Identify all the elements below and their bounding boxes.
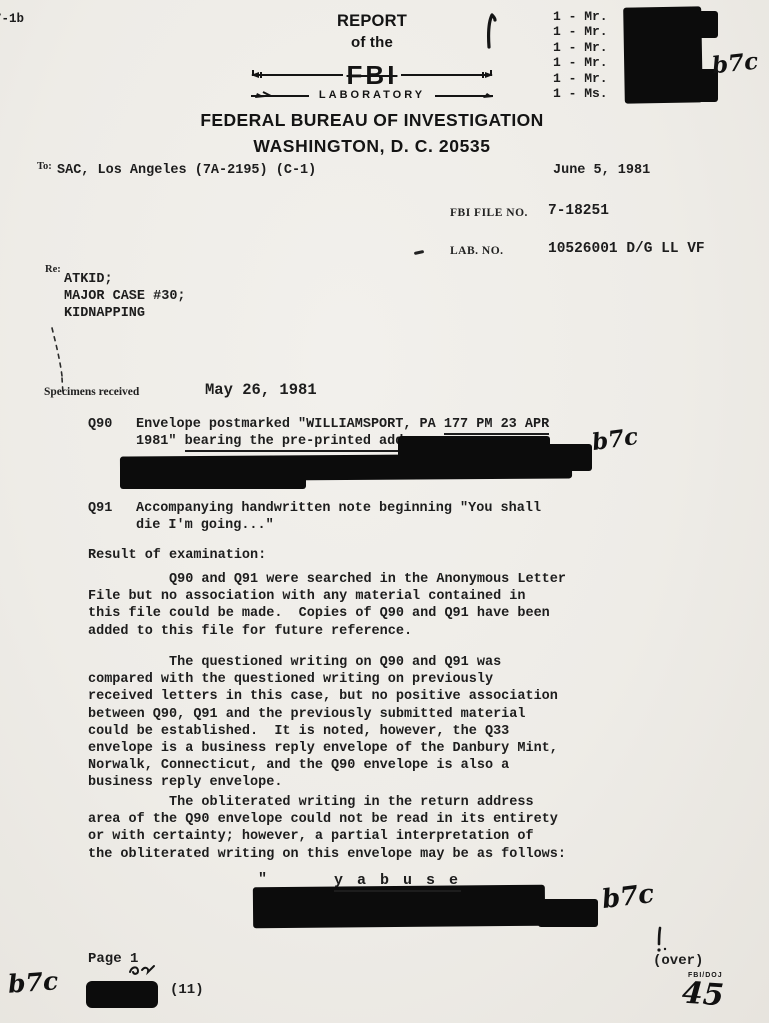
stray-dash-mark [414, 250, 424, 255]
distribution-item: 1 - Mr. [553, 40, 608, 55]
laboratory-left-dash [251, 90, 311, 100]
handwritten-page-number: 45 [681, 976, 725, 1014]
redaction-footer [86, 981, 158, 1008]
handwritten-initials-squiggle [126, 962, 160, 978]
logo-laboratory-text: LABORATORY [319, 89, 425, 101]
q90-line1: Envelope postmarked "WILLIAMSPORT, PA 17… [136, 416, 549, 433]
org-address: WASHINGTON, D. C. 20535 [170, 136, 574, 157]
result-paragraph-2: The questioned writing on Q90 and Q91 wa… [88, 654, 668, 792]
scanned-document-page: 7-1b REPORT of the FBI [0, 0, 769, 1023]
handwritten-exemption-bottom: b7c [7, 966, 59, 998]
interpretation-open-quote: " [258, 871, 267, 888]
re-line-3: KIDNAPPING [64, 305, 145, 322]
fbi-file-value: 7-18251 [548, 203, 609, 220]
letterhead-header: REPORT of the FBI LABORATORY [170, 12, 574, 157]
lab-no-value: 10526001 D/G LL VF [548, 241, 705, 258]
q90-line1-text: Envelope postmarked "WILLIAMSPORT, PA [136, 417, 444, 432]
to-value: SAC, Los Angeles (7A-2195) (C-1) [57, 162, 316, 179]
re-label: Re: [45, 264, 61, 275]
distribution-item: 1 - Mr. [553, 55, 608, 70]
logo-right-ornament [401, 68, 493, 82]
q90-line1-underlined: 177 PM 23 APR [444, 417, 549, 435]
q90-id: Q90 [88, 416, 112, 433]
specimens-label: Specimens received [44, 386, 139, 398]
handwritten-exemption-top: b7c [711, 48, 760, 80]
specimens-date: May 26, 1981 [205, 382, 317, 399]
interpretation-text: y a b u s e [334, 872, 461, 892]
handwritten-exclamation-mark [652, 926, 668, 954]
distribution-list: 1 - Mr. 1 - Mr. 1 - Mr. 1 - Mr. 1 - Mr. … [553, 9, 608, 101]
distribution-item: 1 - Ms. [553, 86, 608, 101]
fbi-laboratory-logo: FBI LABORATORY [170, 62, 574, 101]
logo-left-ornament [251, 68, 343, 82]
handwritten-stroke [482, 13, 500, 51]
corner-marking: 7-1b [0, 11, 24, 28]
to-label: To: [37, 161, 52, 172]
report-title-line1: REPORT [170, 12, 574, 31]
result-heading: Result of examination: [88, 547, 266, 564]
q91-line2: die I'm going..." [136, 517, 274, 534]
re-line-2: MAJOR CASE #30; [64, 288, 186, 305]
q90-line2-text: 1981" [136, 434, 185, 449]
distribution-item: 1 - Mr. [553, 9, 608, 24]
q91-id: Q91 [88, 500, 112, 517]
distribution-item: 1 - Mr. [553, 71, 608, 86]
re-line-1: ATKID; [64, 271, 113, 288]
fbi-file-label: FBI FILE NO. [450, 207, 528, 219]
laboratory-right-dash [433, 90, 493, 100]
lab-no-label: LAB. NO. [450, 245, 504, 257]
q91-line1: Accompanying handwritten note beginning … [136, 500, 541, 517]
result-paragraph-3: The obliterated writing in the return ad… [88, 794, 668, 863]
copy-count: (11) [170, 982, 204, 999]
result-paragraph-1: Q90 and Q91 were searched in the Anonymo… [88, 571, 668, 640]
report-title-line2: of the [170, 34, 574, 51]
org-name: FEDERAL BUREAU OF INVESTIGATION [170, 110, 574, 131]
handwritten-exemption-interpretation: b7c [600, 879, 655, 915]
logo-fbi-text: FBI [347, 62, 398, 88]
distribution-item: 1 - Mr. [553, 24, 608, 39]
q90-line2: 1981" bearing the pre-printed address [136, 433, 436, 450]
report-date: June 5, 1981 [553, 162, 650, 179]
over-label: (over) [653, 953, 703, 970]
handwritten-exemption-q90: b7c [590, 423, 639, 456]
